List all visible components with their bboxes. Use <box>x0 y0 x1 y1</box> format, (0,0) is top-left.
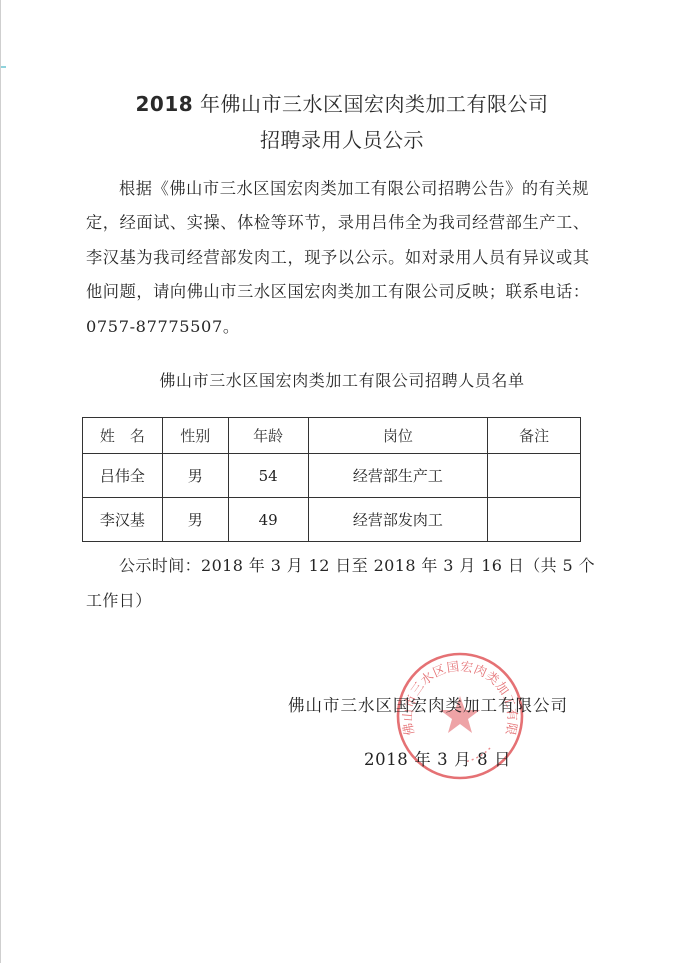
announcement-body: 根据《佛山市三水区国宏肉类加工有限公司招聘公告》的有关规定，经面试、实操、体检等… <box>86 172 602 344</box>
signoff-date: 2018 年 3 月 8 日 <box>364 746 511 770</box>
header-name: 姓 名 <box>83 418 163 454</box>
table-row: 吕伟全 男 54 经营部生产工 <box>83 454 581 498</box>
title-company: 年佛山市三水区国宏肉类加工有限公司 <box>193 92 548 116</box>
document-title-line-2: 招聘录用人员公示 <box>0 124 684 153</box>
header-position: 岗位 <box>308 418 488 454</box>
cell-gender: 男 <box>162 498 228 542</box>
document-title-line-1: 2018 年佛山市三水区国宏肉类加工有限公司 <box>0 88 684 117</box>
cell-name: 吕伟全 <box>83 454 163 498</box>
header-gender: 性别 <box>162 418 228 454</box>
cell-age: 49 <box>228 498 308 542</box>
cell-position: 经营部发肉工 <box>308 498 488 542</box>
publicity-period-text: 公示时间：2018 年 3 月 12 日至 2018 年 3 月 16 日（共 … <box>86 548 602 618</box>
body-paragraph: 根据《佛山市三水区国宏肉类加工有限公司招聘公告》的有关规定，经面试、实操、体检等… <box>86 172 602 344</box>
cell-note <box>488 454 581 498</box>
header-note: 备注 <box>488 418 581 454</box>
table-header-row: 姓 名 性别 年龄 岗位 备注 <box>83 418 581 454</box>
cell-name: 李汉基 <box>83 498 163 542</box>
table-row: 李汉基 男 49 经营部发肉工 <box>83 498 581 542</box>
signoff-company: 佛山市三水区国宏肉类加工有限公司 <box>288 692 568 716</box>
cell-position: 经营部生产工 <box>308 454 488 498</box>
table-caption: 佛山市三水区国宏肉类加工有限公司招聘人员名单 <box>0 368 684 391</box>
hired-staff-table: 姓 名 性别 年龄 岗位 备注 吕伟全 男 54 经营部生产工 李汉基 男 49… <box>82 417 581 542</box>
publicity-period: 公示时间：2018 年 3 月 12 日至 2018 年 3 月 16 日（共 … <box>86 548 602 618</box>
header-age: 年龄 <box>228 418 308 454</box>
cell-note <box>488 498 581 542</box>
cell-age: 54 <box>228 454 308 498</box>
scan-artifact <box>1 66 6 68</box>
title-year: 2018 <box>135 92 193 116</box>
cell-gender: 男 <box>162 454 228 498</box>
